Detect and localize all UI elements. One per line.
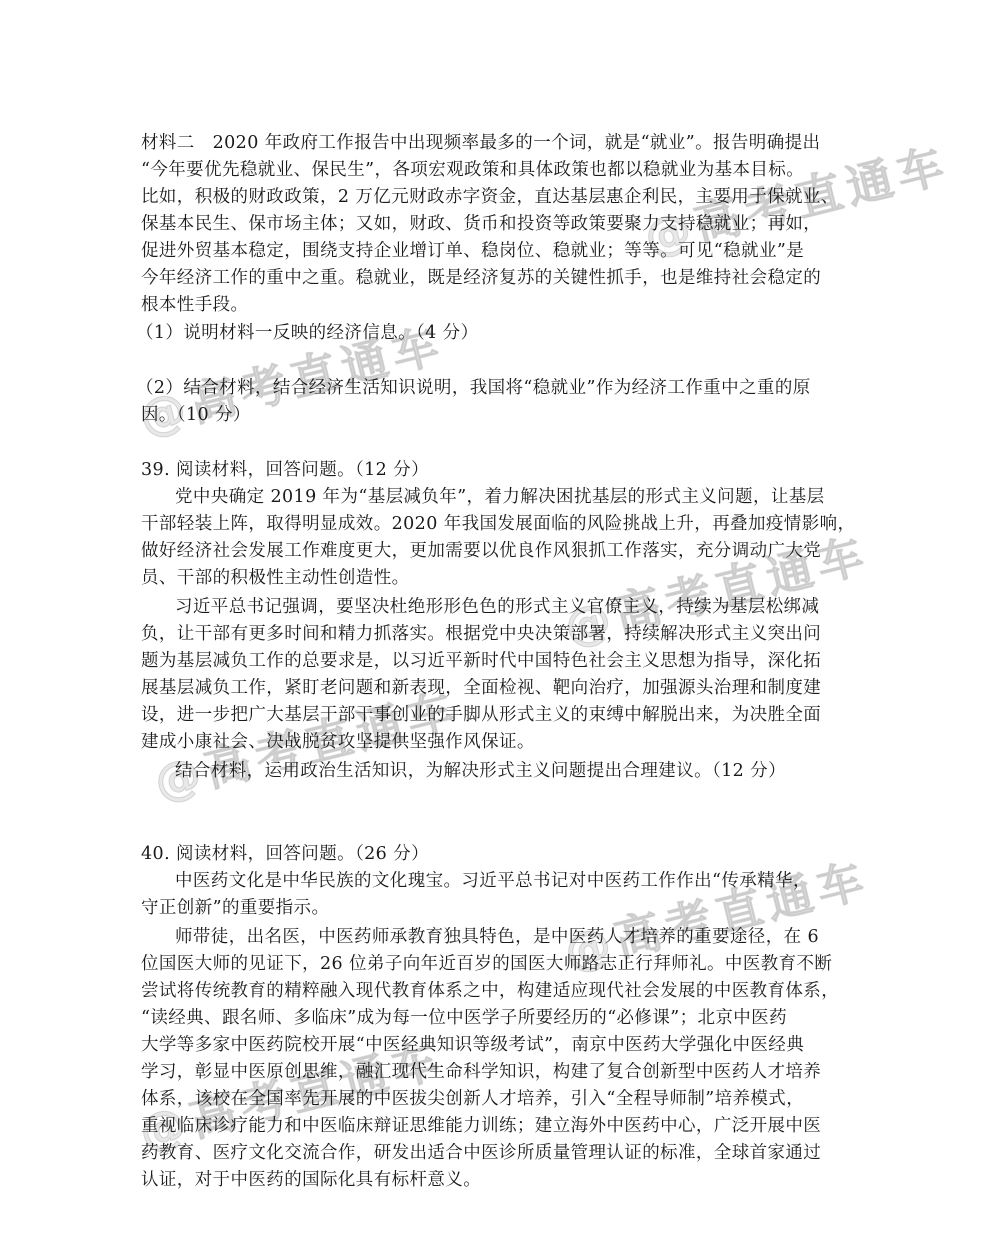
q39-paragraph: 党中央确定 2019 年为“基层减负年”，着力解决困扰基层的形式主义问题，让基层 xyxy=(175,484,880,510)
q40-paragraph: 师带徒，出名医，中医药师承教育独具特色，是中医药人才培养的重要途径，在 6 xyxy=(175,924,880,950)
q38-subquestion-2: （2）结合材料，结合经济生活知识说明，我国将“稳就业”作为经济工作重中之重的原 xyxy=(136,375,841,401)
q40-paragraph: 体系，该校在全国率先开展的中医拔尖创新人才培养，引入“全程导师制”培养模式， xyxy=(141,1086,846,1112)
q39-paragraph: 展基层减负工作，紧盯老问题和新表现，全面检视、靶向治疗，加强源头治理和制度建 xyxy=(141,675,846,701)
q38-subquestion-1: （1）说明材料一反映的经济信息。（4 分） xyxy=(136,320,841,346)
q39-paragraph: 建成小康社会、决战脱贫攻坚提供坚强作风保证。 xyxy=(141,729,846,755)
q40-paragraph: 重视临床诊疗能力和中医临床辩证思维能力训练；建立海外中医药中心，广泛开展中医 xyxy=(141,1113,846,1139)
q40-heading: 40. 阅读材料，回答问题。（26 分） xyxy=(141,841,846,867)
q39-paragraph: 做好经济社会发展工作难度更大，更加需要以优良作风狠抓工作落实，充分调动广大党 xyxy=(141,538,846,564)
q40-paragraph: 尝试将传统教育的精粹融入现代教育体系之中，构建适应现代社会发展的中医教育体系， xyxy=(141,978,846,1004)
q39-paragraph: 题为基层减负工作的总要求是，以习近平新时代中国特色社会主义思想为指导，深化拓 xyxy=(141,648,846,674)
material2-line: 今年经济工作的重中之重。稳就业，既是经济复苏的关键性抓手，也是维持社会稳定的 xyxy=(141,265,846,291)
q39-paragraph: 设，进一步把广大基层干部干事创业的手脚从形式主义的束缚中解脱出来，为决胜全面 xyxy=(141,702,846,728)
q40-paragraph: 学习，彰显中医原创思维，融汇现代生命科学知识，构建了复合创新型中医药人才培养 xyxy=(141,1059,846,1085)
q40-paragraph: 位国医大师的见证下，26 位弟子向年近百岁的国医大师路志正行拜师礼。中医教育不断 xyxy=(141,951,846,977)
q40-paragraph: 中医药文化是中华民族的文化瑰宝。习近平总书记对中医药工作作出“传承精华， xyxy=(175,868,880,894)
material2-line: “今年要优先稳就业、保民生”，各项宏观政策和具体政策也都以稳就业为基本目标。 xyxy=(141,157,846,183)
exam-page: @高考直通车 @高考直通车 @高考直通车 @高考直通车 @高考直通车 @高考直通… xyxy=(0,0,986,1250)
q40-paragraph: “读经典、跟名师、多临床”成为每一位中医学子所要经历的“必修课”；北京中医药 xyxy=(141,1005,846,1031)
q39-paragraph: 习近平总书记强调，要坚决杜绝形形色色的形式主义官僚主义，持续为基层松绑减 xyxy=(175,594,880,620)
material2-line: 保基本民生、保市场主体；又如，财政、货币和投资等政策要聚力支持稳就业；再如， xyxy=(141,211,846,237)
material2-line: 比如，积极的财政政策，2 万亿元财政赤字资金，直达基层惠企利民，主要用于保就业、 xyxy=(141,184,846,210)
q39-paragraph: 干部轻装上阵，取得明显成效。2020 年我国发展面临的风险挑战上升，再叠加疫情影… xyxy=(141,511,846,537)
q40-paragraph: 守正创新”的重要指示。 xyxy=(141,895,846,921)
q40-paragraph: 药教育、医疗文化交流合作，研发出适合中医诊所质量管理认证的标准，全球首家通过 xyxy=(141,1140,846,1166)
q38-subquestion-2: 因。（10 分） xyxy=(141,402,846,428)
material2-line: 材料二 2020 年政府工作报告中出现频率最多的一个词，就是“就业”。报告明确提… xyxy=(141,130,846,156)
q40-paragraph: 认证，对于中医药的国际化具有标杆意义。 xyxy=(141,1167,846,1193)
material2-line: 根本性手段。 xyxy=(141,292,846,318)
q39-heading: 39. 阅读材料，回答问题。（12 分） xyxy=(141,457,846,483)
q39-question: 结合材料，运用政治生活知识，为解决形式主义问题提出合理建议。（12 分） xyxy=(175,758,880,784)
material2-line: 促进外贸基本稳定，围绕支持企业增订单、稳岗位、稳就业；等等。可见“稳就业”是 xyxy=(141,238,846,264)
q40-paragraph: 大学等多家中医药院校开展“中医经典知识等级考试”，南京中医药大学强化中医经典 xyxy=(141,1032,846,1058)
q39-paragraph: 负，让干部有更多时间和精力抓落实。根据党中央决策部署，持续解决形式主义突出问 xyxy=(141,621,846,647)
q39-paragraph: 员、干部的积极性主动性创造性。 xyxy=(141,565,846,591)
